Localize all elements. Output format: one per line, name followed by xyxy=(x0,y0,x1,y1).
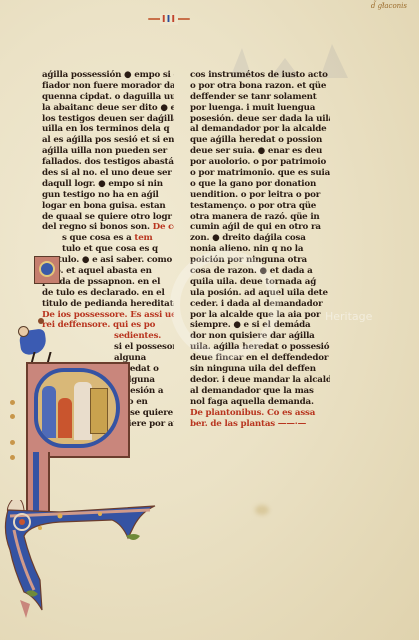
text-line: que aǵilla heredat o possion xyxy=(190,135,330,146)
rubric-line: ber. de las plantas ——·— xyxy=(190,419,330,430)
rubric-line: De ios possessore. Es assi ue xyxy=(42,310,174,321)
historiated-initial-p xyxy=(26,362,130,458)
text-line: al es aǵilla pos sesió et si en xyxy=(42,135,174,146)
rubric-text: De co xyxy=(153,222,174,232)
text-line: deue ser suia. ● enar es deu xyxy=(190,146,330,157)
text-line: o que la gano por donation xyxy=(190,179,330,190)
text-line: o por otra bona razon. et qüe xyxy=(190,81,330,92)
text-line: des si al no. el uno deue ser xyxy=(42,168,174,179)
text-line: por luenga. i muit luengua xyxy=(190,103,330,114)
text-line: s que cosa es a tem xyxy=(42,233,174,244)
text-line: deffender se tanr solament xyxy=(190,92,330,103)
watermark-text: Heritage xyxy=(325,310,372,323)
kneeling-figure xyxy=(58,398,72,438)
folio-numeral: III xyxy=(160,14,178,25)
text-line: aǵilla possessión ● empo si el xyxy=(42,70,174,81)
text-line: si el possesor xyxy=(42,342,174,353)
figure-head xyxy=(18,326,29,337)
parchment-stain xyxy=(255,505,269,515)
gold-dot xyxy=(10,455,15,460)
text-line: otra manera de razó. qüe in xyxy=(190,212,330,223)
text-line: de tulo es declarado. en el xyxy=(42,288,174,299)
text-line: por auolorio. o por patrimoio xyxy=(190,157,330,168)
text-line: sin ninguna uila del deffen xyxy=(190,364,330,375)
text-line: tulo et que cosa es q xyxy=(42,244,174,255)
right-text-column: cos instrumétos de iusto acto o por otra… xyxy=(190,70,330,429)
text-line: cos instrumétos de iusto acto xyxy=(190,70,330,81)
ball-icon xyxy=(38,318,44,324)
text-line: quenna cipdat. o daguilla uu xyxy=(42,92,174,103)
text-line: nol faga aquella demanda. xyxy=(190,397,330,408)
border-vine-extension xyxy=(0,500,170,620)
text-line-body: s que cosa es a xyxy=(62,233,132,243)
text-line: uendition. o por leitra o por xyxy=(190,190,330,201)
text-line: s a tulo. ● e asi saber. como xyxy=(42,255,174,266)
text-line: cumin aǵil de qui en otro ra xyxy=(190,222,330,233)
text-line: la abaitanc deue ser dito ● e xyxy=(42,103,174,114)
rubric-line: De plantonibus. Co es assa xyxy=(190,408,330,419)
text-line: tulo. et aquel abasta en xyxy=(42,266,174,277)
text-line: al demandador que la mas xyxy=(190,386,330,397)
text-line: fiador non fuere morador da xyxy=(42,81,174,92)
gold-dot xyxy=(10,414,15,419)
text-line: o por matrimonio. que es suia. xyxy=(190,168,330,179)
text-line: fallados. dos testigos abastá xyxy=(42,157,174,168)
initial-miniature-scene xyxy=(34,368,120,448)
text-line: aǵilla uilla non pueden ser xyxy=(42,146,174,157)
text-line: dedor. i deue mandar la alcalde xyxy=(190,375,330,386)
text-line: gun testigo no ha en aǵil xyxy=(42,190,174,201)
gold-dot xyxy=(10,440,15,445)
text-line: uilla en los terminos dela q xyxy=(42,124,174,135)
arched-door xyxy=(90,388,108,434)
manuscript-page: III d̃ gł̃aconis aǵilla possessión ● emp… xyxy=(0,0,419,640)
watermark-logo xyxy=(170,250,280,360)
text-line: de quaal se quiere otro logr xyxy=(42,212,174,223)
text-line: del regno si bonos son. De co xyxy=(42,222,174,233)
seated-king-figure xyxy=(42,386,56,438)
text-line: pueda de pssapnon. en el xyxy=(42,277,174,288)
text-line: testamenço. o por otra qüe xyxy=(190,201,330,212)
illuminated-initial-e xyxy=(34,256,60,284)
text-line: al demandador por la alcalde xyxy=(190,124,330,135)
marginal-grotesque-figure xyxy=(14,318,48,364)
text-line: zon. ● dreito daǵila cosa xyxy=(190,233,330,244)
text-line: posesión. deue ser dada la uila xyxy=(190,114,330,125)
text-line: logar en bona guisa. estan xyxy=(42,201,174,212)
gold-dot xyxy=(10,400,15,405)
rubric-text: tem xyxy=(134,233,152,243)
text-line-body: del regno si bonos son. xyxy=(42,222,150,232)
marginal-annotation: d̃ gł̃aconis xyxy=(371,2,407,10)
rubric-line: rei deffensore. qui es po xyxy=(42,320,174,331)
text-line: los testigos deuen ser daǵilla xyxy=(42,114,174,125)
folio-number: III xyxy=(148,13,190,25)
text-line: titulo de pedianda hereditate. xyxy=(42,299,174,310)
rubric-line: sedientes. xyxy=(42,331,174,342)
text-line: daqull logr. ● empo si nin xyxy=(42,179,174,190)
